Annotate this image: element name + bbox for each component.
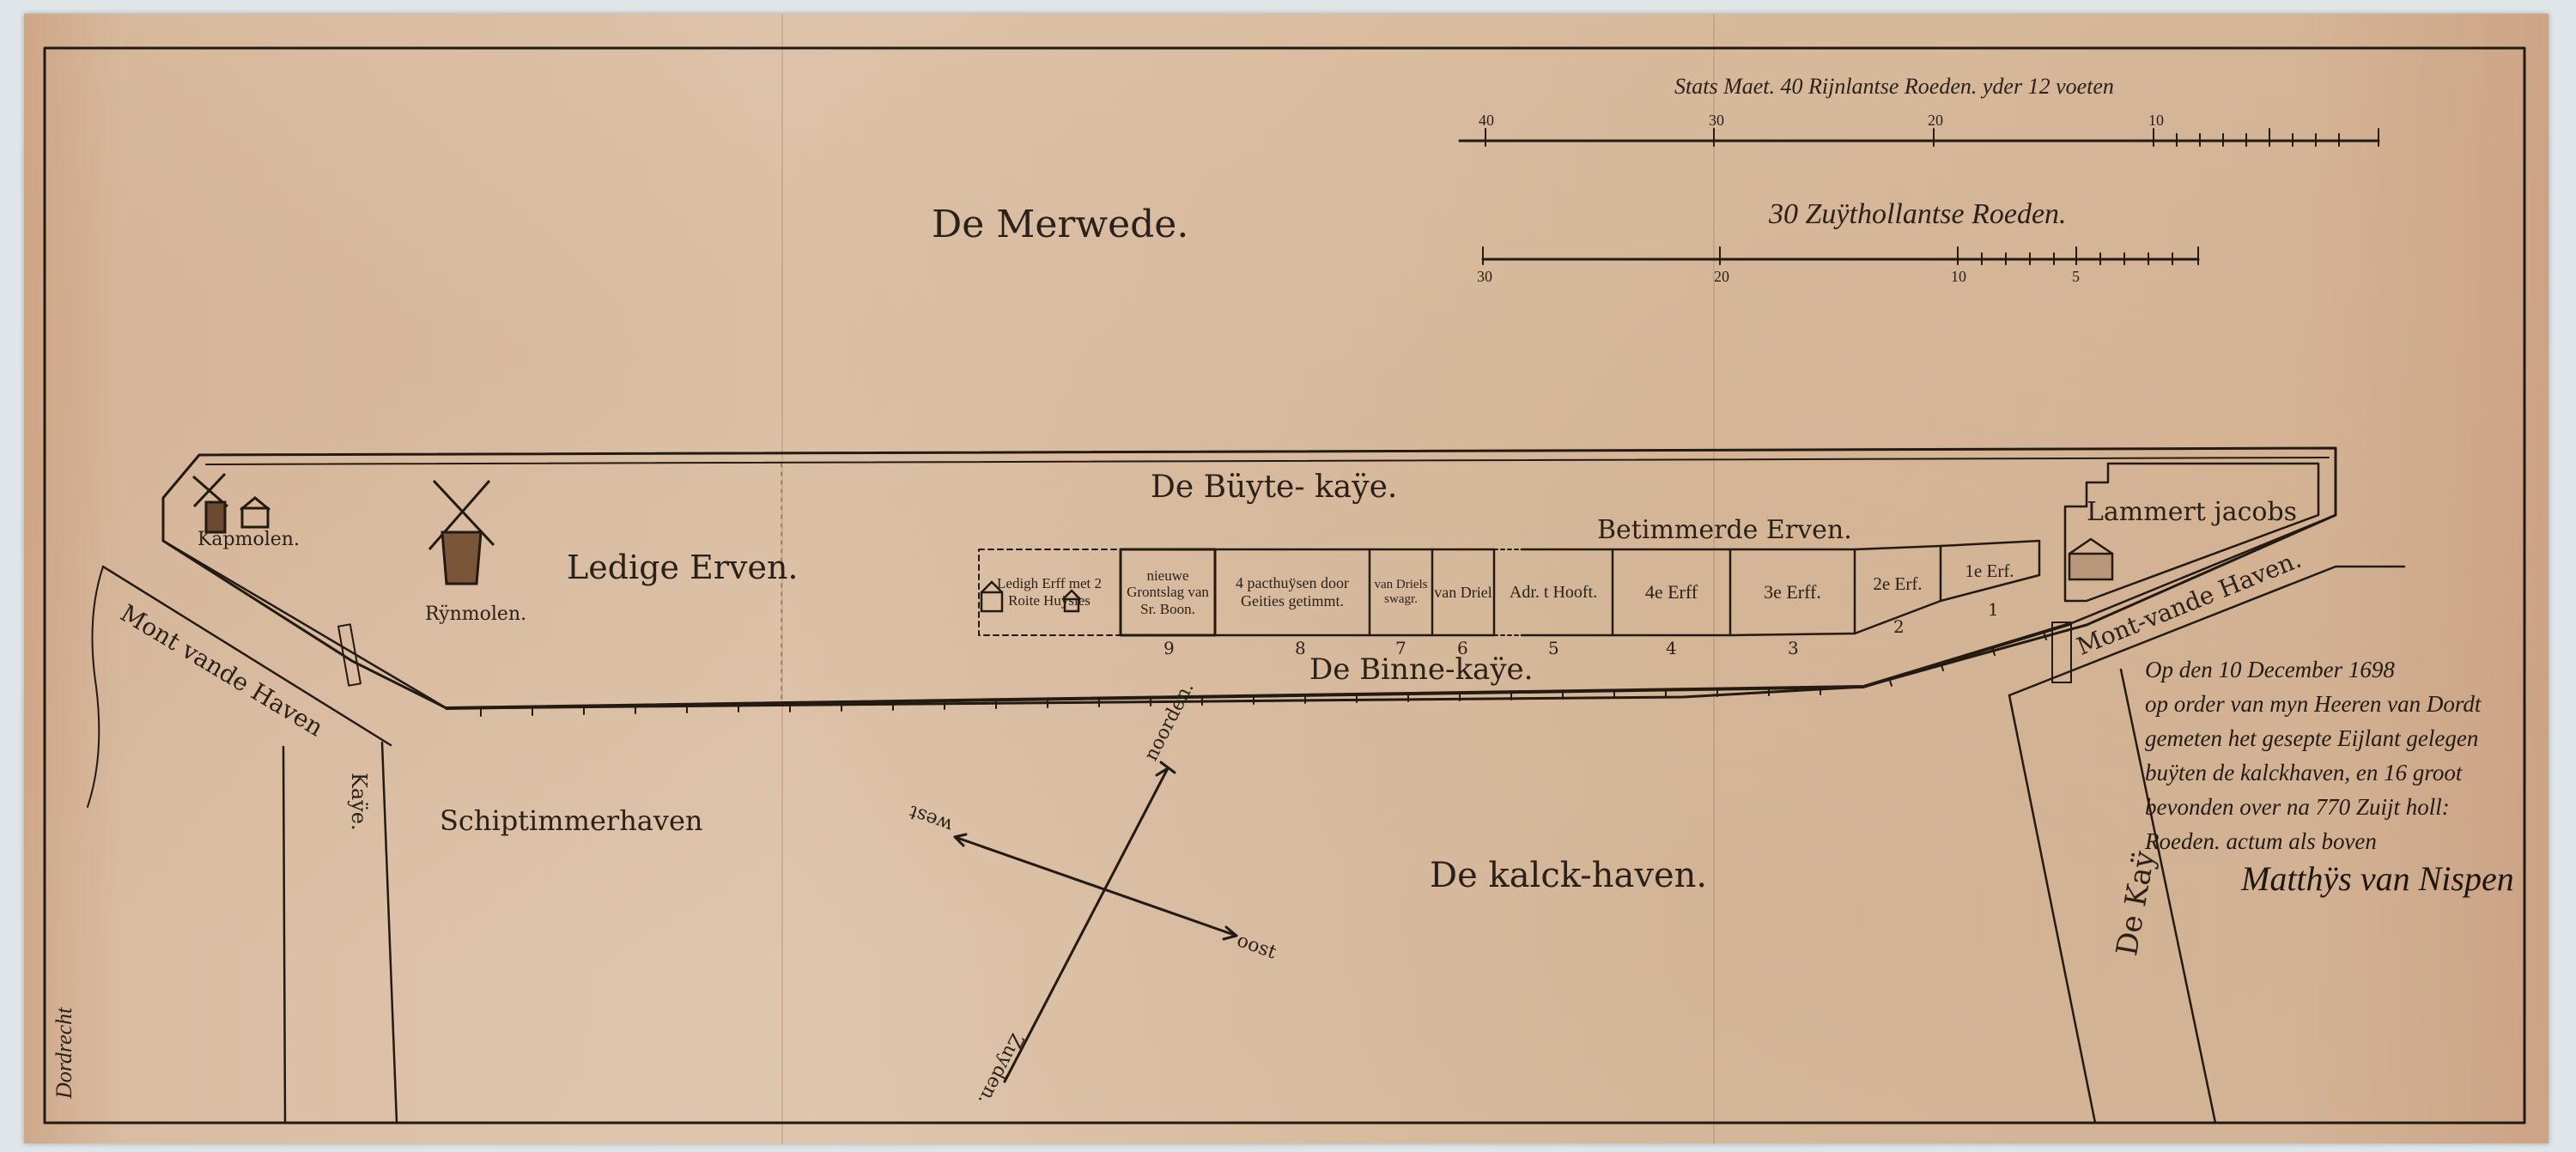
note-line: op order van myn Heeren van Dordt bbox=[2145, 687, 2506, 721]
plot-cell: van Driel bbox=[1434, 554, 1492, 631]
plot-label: 4 pacthuÿsen door Geities getimmt. bbox=[1217, 574, 1368, 609]
note-line: bevonden over na 770 Zuijt holl: bbox=[2145, 790, 2506, 824]
built-plots-label: Betimmerde Erven. bbox=[1597, 518, 1852, 543]
plot-number: 4 bbox=[1666, 640, 1677, 657]
inner-quay-line bbox=[447, 624, 2069, 708]
outer-quay-label: De Büyte- kaÿe. bbox=[1151, 472, 1397, 503]
city-label: Dordrecht bbox=[53, 1008, 76, 1099]
empty-plots-label: Ledige Erven. bbox=[567, 551, 799, 584]
map-stage: De Merwede. De Büyte- kaÿe. Ledige Erven… bbox=[0, 0, 2576, 1152]
note-line: buÿten de kalckhaven, en 16 groot bbox=[2145, 755, 2506, 790]
scale-tick: 10 bbox=[2148, 112, 2164, 130]
plot-label: van Driels swagr. bbox=[1371, 578, 1431, 608]
plot-number: 3 bbox=[1788, 640, 1799, 657]
shipyard-harbour-label: Schiptimmerhaven bbox=[440, 807, 703, 834]
rijnmolen-windmill-icon bbox=[429, 481, 494, 584]
scale-tick: 30 bbox=[1709, 112, 1724, 130]
compass-ns-line bbox=[1005, 768, 1168, 1082]
plot-label: Ledigh Erff met 2 Roite Huÿsies bbox=[981, 575, 1118, 609]
plot-number: 2 bbox=[1893, 618, 1905, 635]
plot-cell: Adr. t Hooft. bbox=[1496, 554, 1611, 631]
plot-label: nieuwe Grontslag van Sr. Boon. bbox=[1122, 567, 1213, 618]
scale-tick: 5 bbox=[2072, 268, 2080, 286]
plot-cell: 4e Erff bbox=[1614, 554, 1728, 631]
note-line: Op den 10 December 1698 bbox=[2145, 652, 2506, 687]
plot-label: van Driel bbox=[1434, 584, 1492, 602]
river-label: De Merwede. bbox=[932, 206, 1188, 244]
scale-title-zuidhollands: 30 Zuÿthollantse Roeden. bbox=[1769, 200, 2067, 229]
scale-tick: 10 bbox=[1951, 268, 1966, 286]
plot-number: 9 bbox=[1163, 640, 1175, 657]
lammert-jacobs-label: Lammert jacobs bbox=[2087, 500, 2297, 525]
plot-label: 3e Erff. bbox=[1764, 581, 1821, 603]
west-quay-label: Kaÿe. bbox=[349, 773, 369, 831]
plot-cell: 2e Erf. bbox=[1856, 554, 1939, 614]
note-line: Roeden. actum als boven bbox=[2145, 824, 2506, 858]
compass-ew-line bbox=[955, 837, 1236, 936]
scale-tick: 30 bbox=[1477, 268, 1492, 286]
scale-tick: 20 bbox=[1928, 112, 1943, 130]
rijnmolen-label: Rÿnmolen. bbox=[425, 605, 526, 624]
kapmolen-windmill-icon bbox=[193, 474, 270, 532]
plot-number: 5 bbox=[1548, 640, 1559, 657]
scale-title-rijnlands: Stats Maet. 40 Rijnlantse Roeden. yder 1… bbox=[1674, 76, 2114, 98]
plot-label: 4e Erff bbox=[1645, 581, 1698, 603]
kalck-harbour-label: De kalck-haven. bbox=[1430, 858, 1707, 893]
plot-number: 6 bbox=[1457, 640, 1468, 657]
scale-tick: 40 bbox=[1479, 112, 1494, 130]
plot-cell: van Driels swagr. bbox=[1371, 554, 1431, 631]
kapmolen-label: Kapmolen. bbox=[197, 531, 300, 549]
plot-cell: 3e Erff. bbox=[1732, 554, 1853, 631]
plot-label: 1e Erf. bbox=[1965, 561, 2014, 581]
plot-number: 1 bbox=[1988, 601, 1999, 618]
plot-number: 8 bbox=[1295, 640, 1306, 657]
plot-cell: 1e Erf. bbox=[1942, 549, 2037, 592]
plot-number: 7 bbox=[1395, 640, 1406, 657]
inner-quay-label: De Binne-kaÿe. bbox=[1309, 655, 1533, 684]
plot-cell: 4 pacthuÿsen door Geities getimmt. bbox=[1217, 554, 1368, 631]
surveyor-note: Op den 10 December 1698 op order van myn… bbox=[2145, 652, 2506, 858]
scale-tick: 20 bbox=[1714, 268, 1729, 286]
note-line: gemeten het gesepte Eijlant gelegen bbox=[2145, 721, 2506, 755]
plot-cell: Ledigh Erff met 2 Roite Huÿsies bbox=[981, 554, 1118, 631]
plot-label: Adr. t Hooft. bbox=[1510, 583, 1597, 603]
plot-label: 2e Erf. bbox=[1873, 573, 1922, 594]
plot-cell: nieuwe Grontslag van Sr. Boon. bbox=[1122, 554, 1213, 631]
signature: Matthÿs van Nispen bbox=[2241, 858, 2514, 899]
